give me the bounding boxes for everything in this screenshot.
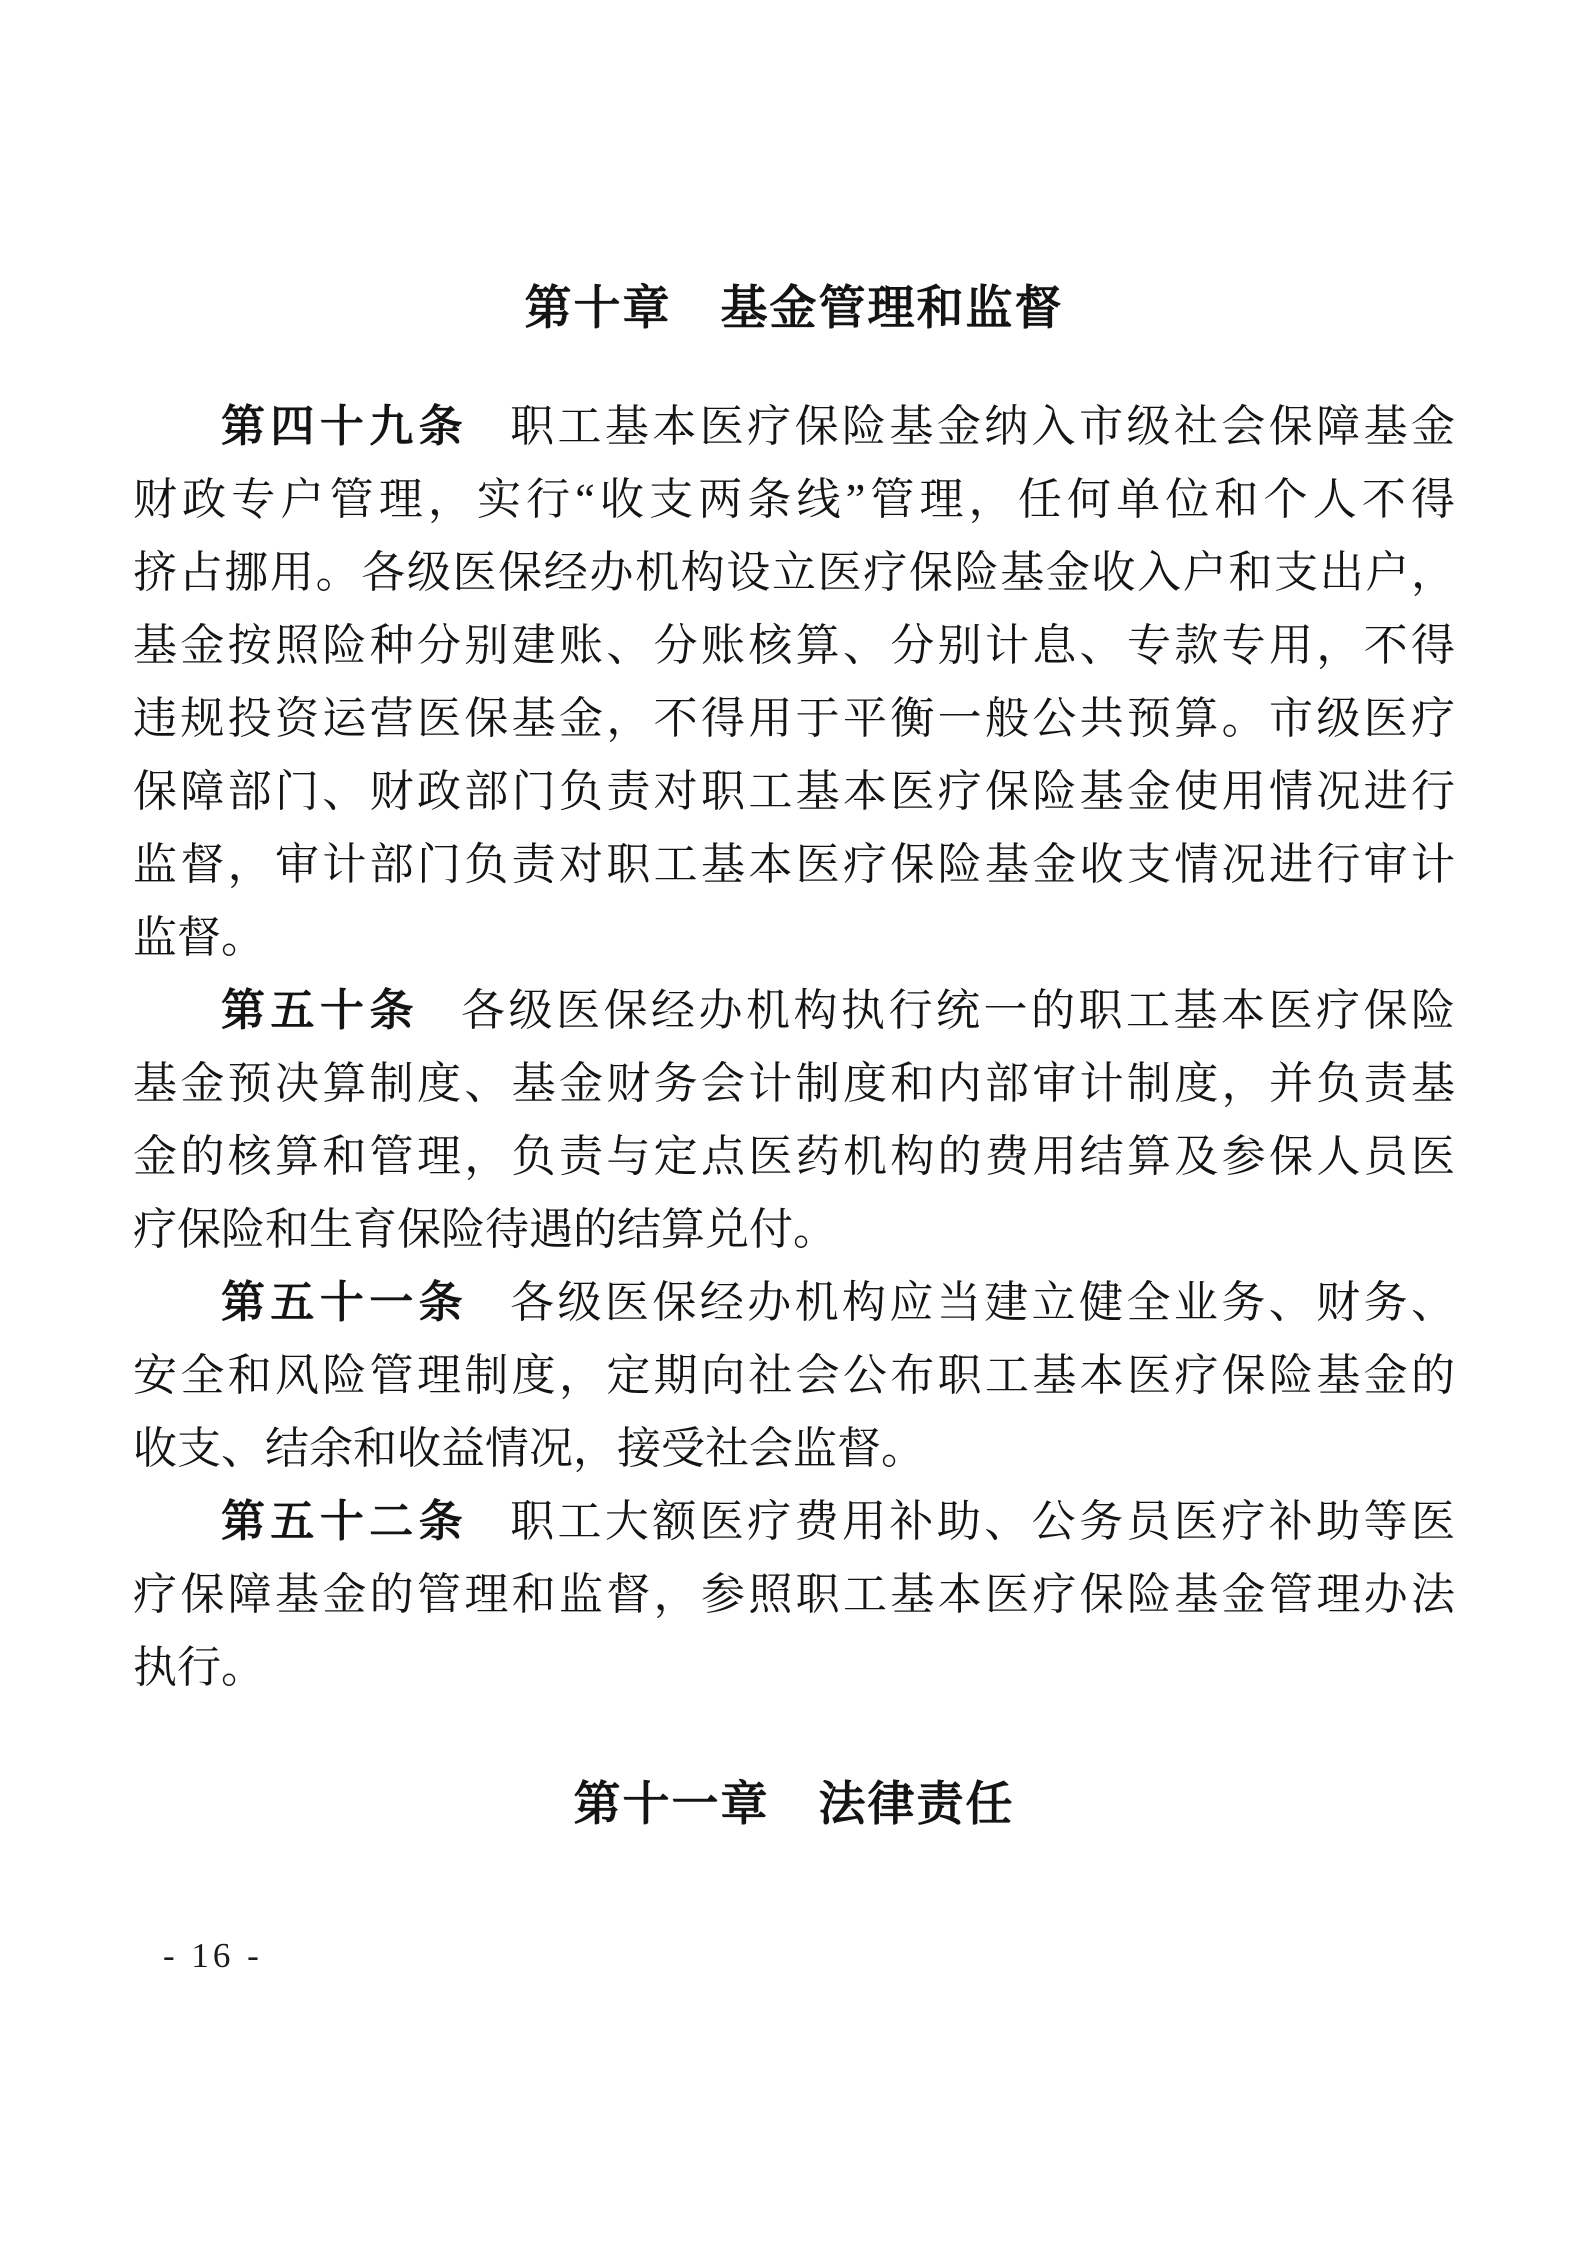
text-column: 第十章 基金管理和监督 第四十九条职工基本医疗保险基金纳入市级社会保障基金 财政… [133, 0, 1455, 1834]
article-49-line-8: 监督。 [133, 901, 1455, 974]
chapter-11-title: 第十一章 法律责任 [133, 1776, 1455, 1834]
article-49-intro: 职工基本医疗保险基金纳入市级社会保障基金 [510, 402, 1455, 451]
article-50-line-2: 基金预决算制度、基金财务会计制度和内部审计制度，并负责基 [133, 1047, 1455, 1120]
article-51-line-2: 安全和风险管理制度，定期向社会公布职工基本医疗保险基金的 [133, 1339, 1455, 1412]
article-49-line-1: 第四十九条职工基本医疗保险基金纳入市级社会保障基金 [133, 390, 1455, 463]
article-49-line-7: 监督，审计部门负责对职工基本医疗保险基金收支情况进行审计 [133, 828, 1455, 901]
article-52-line-2: 疗保障基金的管理和监督，参照职工基本医疗保险基金管理办法 [133, 1558, 1455, 1631]
article-52-intro: 职工大额医疗费用补助、公务员医疗补助等医 [510, 1497, 1455, 1546]
article-50-number: 第五十条 [221, 986, 419, 1035]
article-49-line-3: 挤占挪用。各级医保经办机构设立医疗保险基金收入户和支出户， [133, 536, 1455, 609]
article-50-line-4: 疗保险和生育保险待遇的结算兑付。 [133, 1193, 1455, 1266]
article-49-line-2: 财政专户管理，实行“收支两条线”管理，任何单位和个人不得 [133, 463, 1455, 536]
article-49-line-6: 保障部门、财政部门负责对职工基本医疗保险基金使用情况进行 [133, 755, 1455, 828]
article-51-intro: 各级医保经办机构应当建立健全业务、财务、 [510, 1278, 1455, 1327]
article-51-line-1: 第五十一条各级医保经办机构应当建立健全业务、财务、 [133, 1266, 1455, 1339]
article-52-number: 第五十二条 [221, 1497, 468, 1546]
article-52: 第五十二条职工大额医疗费用补助、公务员医疗补助等医 疗保障基金的管理和监督，参照… [133, 1485, 1455, 1704]
article-50-line-1: 第五十条各级医保经办机构执行统一的职工基本医疗保险 [133, 974, 1455, 1047]
article-52-line-1: 第五十二条职工大额医疗费用补助、公务员医疗补助等医 [133, 1485, 1455, 1558]
chapter-10-title: 第十章 基金管理和监督 [133, 280, 1455, 338]
article-49-number: 第四十九条 [221, 402, 468, 451]
article-50-intro: 各级医保经办机构执行统一的职工基本医疗保险 [461, 986, 1455, 1035]
document-page: 第十章 基金管理和监督 第四十九条职工基本医疗保险基金纳入市级社会保障基金 财政… [0, 0, 1586, 2242]
article-49: 第四十九条职工基本医疗保险基金纳入市级社会保障基金 财政专户管理，实行“收支两条… [133, 390, 1455, 974]
article-52-line-3: 执行。 [133, 1631, 1455, 1704]
page-number: - 16 - [163, 1936, 263, 1976]
article-51-line-3: 收支、结余和收益情况，接受社会监督。 [133, 1412, 1455, 1485]
article-51: 第五十一条各级医保经办机构应当建立健全业务、财务、 安全和风险管理制度，定期向社… [133, 1266, 1455, 1485]
article-49-line-4: 基金按照险种分别建账、分账核算、分别计息、专款专用，不得 [133, 609, 1455, 682]
article-49-line-5: 违规投资运营医保基金，不得用于平衡一般公共预算。市级医疗 [133, 682, 1455, 755]
article-50: 第五十条各级医保经办机构执行统一的职工基本医疗保险 基金预决算制度、基金财务会计… [133, 974, 1455, 1266]
article-50-line-3: 金的核算和管理，负责与定点医药机构的费用结算及参保人员医 [133, 1120, 1455, 1193]
article-51-number: 第五十一条 [221, 1278, 468, 1327]
